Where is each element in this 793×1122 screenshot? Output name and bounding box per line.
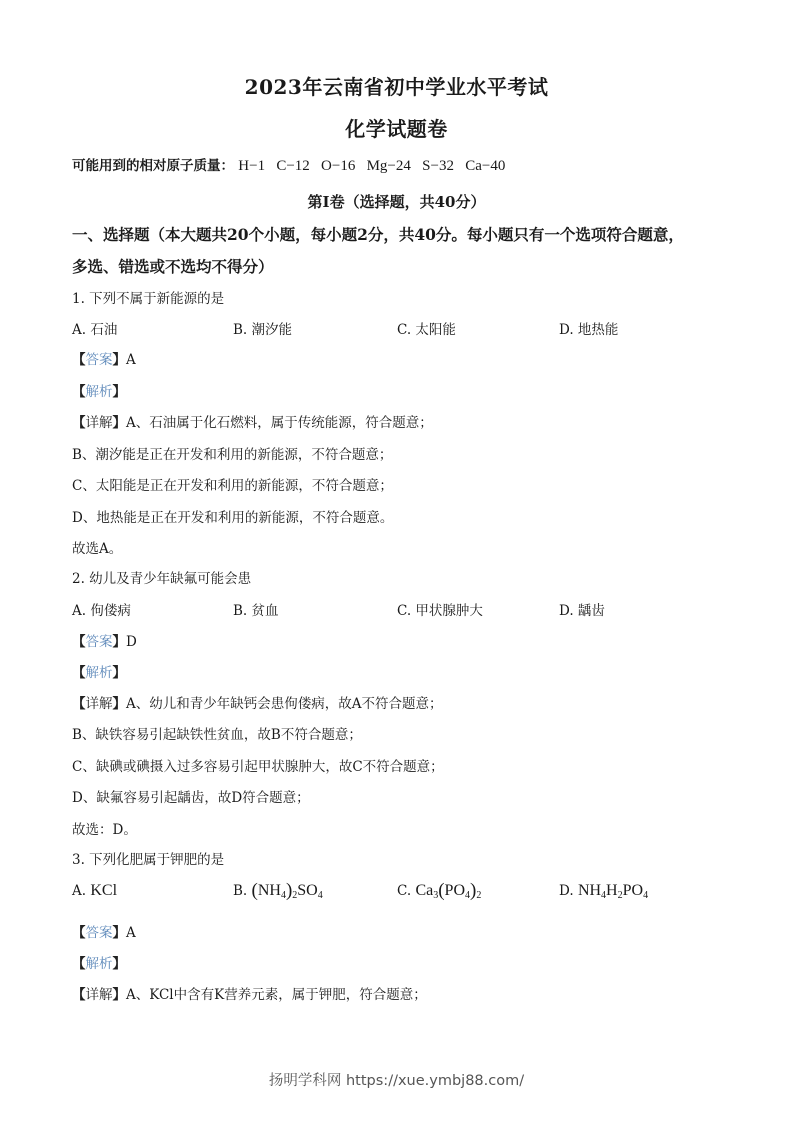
question-2-detail-line: D、缺氟容易引起龋齿，故D符合题意； [72, 786, 310, 806]
section-heading-line1: 一、选择题（本大题共20个小题，每小题2分，共40分。每小题只有一个选项符合题意… [72, 223, 684, 245]
question-3-detail-line: 【详解】A、KCl中含有K营养元素，属于钾肥，符合题意； [72, 983, 427, 1003]
exam-subtitle: 化学试题卷 [0, 113, 793, 142]
question-3-option-a: A. KCl [72, 882, 117, 900]
answer-value: A [126, 925, 136, 941]
question-3-option-c: C. Ca3(PO4)2 [397, 880, 481, 902]
question-2-option-a: A. 佝偻病 [72, 599, 131, 619]
chem-formula-calcium-phosphate: Ca3(PO4)2 [415, 882, 481, 899]
chem-formula-ammonium-sulfate: (NH4)2SO4 [252, 882, 323, 899]
question-3-option-d: D. NH4H2PO4 [559, 882, 648, 901]
question-2-detail-line: B、缺铁容易引起缺铁性贫血，故B不符合题意； [72, 723, 362, 743]
question-3-option-b: B. (NH4)2SO4 [233, 880, 323, 902]
answer-tag: 答案 [86, 634, 113, 650]
answer-value: D [126, 634, 137, 650]
question-1-detail-line: C、太阳能是正在开发和利用的新能源，不符合题意； [72, 474, 393, 494]
answer-tag: 答案 [86, 925, 113, 941]
question-1-detail-line: D、地热能是正在开发和利用的新能源，不符合题意。 [72, 506, 393, 526]
question-3-stem: 3. 下列化肥属于钾肥的是 [72, 848, 224, 868]
atomic-mass-row: 可能用到的相对原子质量： H−1 C−12 O−16 Mg−24 S−32 Ca… [72, 154, 505, 175]
footer-watermark: 扬明学科网 https://xue.ymbj88.com/ [0, 1069, 793, 1090]
question-2-detail-line: 【详解】A、幼儿和青少年缺钙会患佝偻病，故A不符合题意； [72, 692, 443, 712]
question-2-analysis-label: 【解析】 [72, 661, 126, 681]
question-1-option-c: C. 太阳能 [397, 318, 456, 338]
analysis-tag: 解析 [86, 384, 113, 400]
analysis-tag: 解析 [86, 956, 113, 972]
chem-formula-kcl: KCl [90, 882, 117, 899]
question-2-stem: 2. 幼儿及青少年缺氟可能会患 [72, 567, 251, 587]
exam-page: 2023年云南省初中学业水平考试 化学试题卷 可能用到的相对原子质量： H−1 … [0, 0, 793, 1122]
detail-tag: 详解 [86, 415, 113, 431]
atomic-mass-label: 可能用到的相对原子质量： [72, 158, 234, 174]
question-1-detail-line: B、潮汐能是正在开发和利用的新能源，不符合题意； [72, 443, 392, 463]
question-1-stem: 1. 下列不属于新能源的是 [72, 287, 224, 307]
question-1-analysis-label: 【解析】 [72, 380, 126, 400]
detail-tag: 详解 [86, 987, 113, 1003]
question-3-answer: 【答案】A [72, 921, 136, 941]
exam-title: 2023年云南省初中学业水平考试 [0, 71, 793, 100]
question-2-option-c: C. 甲状腺肿大 [397, 599, 483, 619]
answer-value: A [126, 352, 136, 368]
detail-tag: 详解 [86, 696, 113, 712]
analysis-tag: 解析 [86, 665, 113, 681]
question-1-detail-line: 【详解】A、石油属于化石燃料，属于传统能源，符合题意； [72, 411, 433, 431]
question-1-option-d: D. 地热能 [559, 318, 618, 338]
question-1-answer: 【答案】A [72, 348, 136, 368]
question-1-option-b: B. 潮汐能 [233, 318, 292, 338]
question-3-analysis-label: 【解析】 [72, 952, 126, 972]
question-2-answer: 【答案】D [72, 630, 137, 650]
question-2-conclusion: 故选：D。 [72, 818, 137, 838]
answer-tag: 答案 [86, 352, 113, 368]
section-heading-line2: 多选、错选或不选均不得分） [72, 255, 274, 277]
question-1-conclusion: 故选A。 [72, 537, 122, 557]
question-2-option-d: D. 龋齿 [559, 599, 605, 619]
part-title: 第Ⅰ卷（选择题，共40分） [0, 191, 793, 212]
chem-formula-ammonium-dihydrogen-phosphate: NH4H2PO4 [578, 882, 648, 899]
atomic-mass-values: H−1 C−12 O−16 Mg−24 S−32 Ca−40 [238, 158, 505, 174]
question-2-detail-line: C、缺碘或碘摄入过多容易引起甲状腺肿大，故C不符合题意； [72, 755, 444, 775]
question-1-option-a: A. 石油 [72, 318, 117, 338]
question-2-option-b: B. 贫血 [233, 599, 279, 619]
